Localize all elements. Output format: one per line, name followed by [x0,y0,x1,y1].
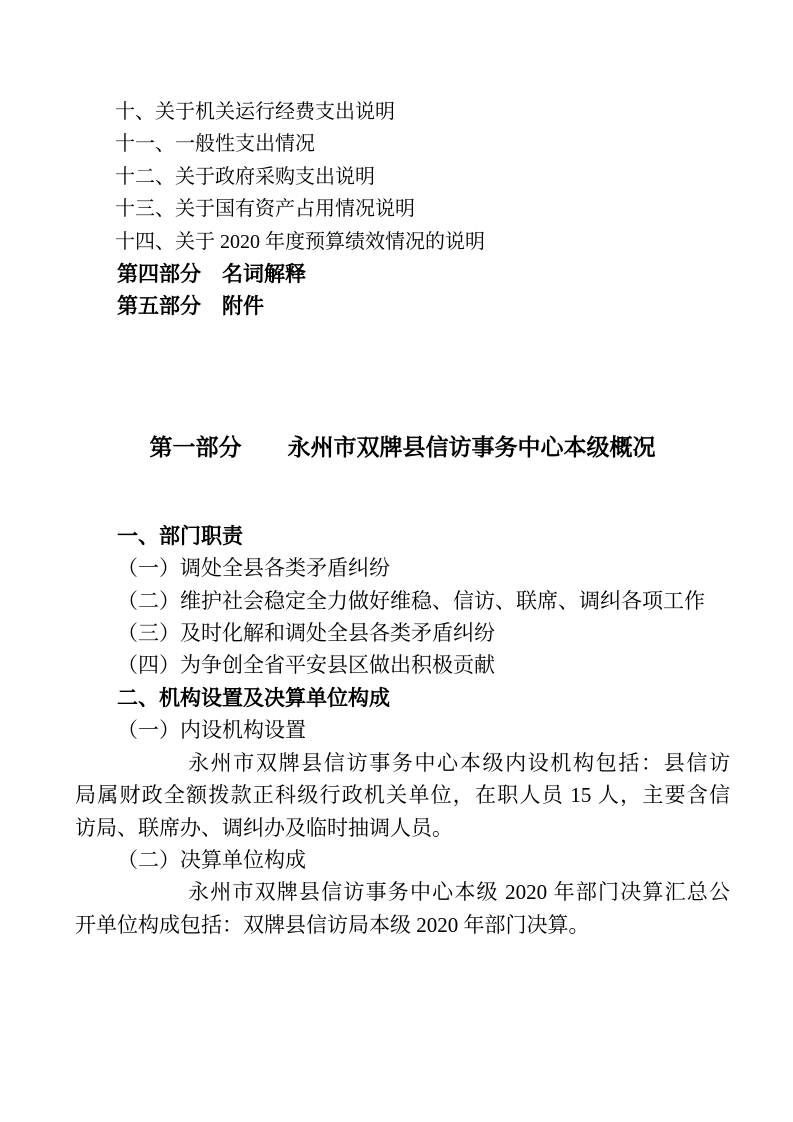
paragraph-line: 访局、联席办、调纠办及临时抽调人员。 [75,812,730,844]
section1-item-3: （三）及时化解和调处全县各类矛盾纠纷 [75,617,730,649]
part1-title: 第一部分 永州市双牌县信访事务中心本级概况 [75,430,730,466]
section2-sub2-heading: （二）决算单位构成 [75,844,730,876]
toc-item-10: 十、关于机关运行经费支出说明 [75,96,730,128]
section1-heading: 一、部门职责 [75,520,730,552]
section1-item-1: （一）调处全县各类矛盾纠纷 [75,552,730,584]
section2-heading: 二、机构设置及决算单位构成 [75,682,730,714]
toc-item-14: 十四、关于 2020 年度预算绩效情况的说明 [75,226,730,258]
paragraph-final-accounts-units: 永州市双牌县信访事务中心本级 2020 年部门决算汇总公 开单位构成包括：双牌县… [75,876,730,941]
section2-sub1-heading: （一）内设机构设置 [75,714,730,746]
paragraph-internal-organization: 永州市双牌县信访事务中心本级内设机构包括：县信访 局属财政全额拨款正科级行政机关… [75,747,730,844]
section-duties: 一、部门职责 （一）调处全县各类矛盾纠纷 （二）维护社会稳定全力做好维稳、信访、… [75,520,730,682]
section1-item-2: （二）维护社会稳定全力做好维稳、信访、联席、调纠各项工作 [75,585,730,617]
paragraph-line: 永州市双牌县信访事务中心本级 2020 年部门决算汇总公 [75,876,730,908]
toc-part4-heading: 第四部分 名词解释 [75,258,730,290]
document-page: 十、关于机关运行经费支出说明 十一、一般性支出情况 十二、关于政府采购支出说明 … [0,0,793,1122]
toc-item-12: 十二、关于政府采购支出说明 [75,161,730,193]
toc-item-13: 十三、关于国有资产占用情况说明 [75,193,730,225]
toc-part5-heading: 第五部分 附件 [75,290,730,322]
table-of-contents-tail: 十、关于机关运行经费支出说明 十一、一般性支出情况 十二、关于政府采购支出说明 … [75,96,730,323]
section-organization: 二、机构设置及决算单位构成 （一）内设机构设置 永州市双牌县信访事务中心本级内设… [75,682,730,941]
paragraph-line: 局属财政全额拨款正科级行政机关单位，在职人员 15 人，主要含信 [75,779,730,811]
section1-item-4: （四）为争创全省平安县区做出积极贡献 [75,649,730,681]
toc-item-11: 十一、一般性支出情况 [75,128,730,160]
paragraph-line: 开单位构成包括：双牌县信访局本级 2020 年部门决算。 [75,909,730,941]
paragraph-line: 永州市双牌县信访事务中心本级内设机构包括：县信访 [75,747,730,779]
